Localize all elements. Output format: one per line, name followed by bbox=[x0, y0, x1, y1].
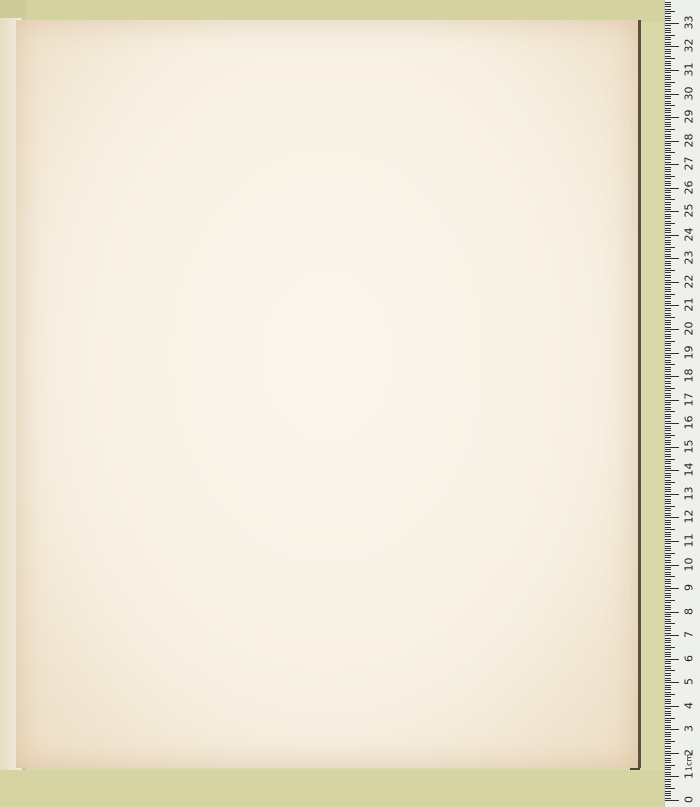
ruler-tick bbox=[665, 741, 675, 742]
ruler-tick bbox=[665, 51, 671, 52]
ruler-tick bbox=[665, 444, 671, 445]
ruler-tick bbox=[665, 393, 671, 394]
ruler-tick bbox=[665, 230, 671, 231]
ruler-tick bbox=[665, 767, 671, 768]
ruler-tick bbox=[665, 795, 671, 796]
ruler-tick bbox=[665, 46, 679, 47]
ruler-tick bbox=[665, 117, 679, 118]
ruler-tick bbox=[665, 237, 671, 238]
ruler-tick bbox=[665, 138, 671, 139]
ruler-tick bbox=[665, 508, 671, 509]
ruler-tick bbox=[665, 228, 671, 229]
ruler-tick bbox=[665, 367, 671, 368]
ruler-tick bbox=[665, 338, 671, 339]
ruler-tick bbox=[665, 788, 675, 789]
ruler-tick bbox=[665, 25, 671, 26]
ruler-label: 12 bbox=[683, 507, 696, 527]
ruler-tick bbox=[665, 496, 671, 497]
ruler-tick bbox=[665, 447, 679, 448]
ruler-tick bbox=[665, 287, 671, 288]
ruler-tick bbox=[665, 327, 671, 328]
ruler-label: 19 bbox=[683, 342, 696, 362]
ruler-tick bbox=[665, 748, 671, 749]
ruler-tick bbox=[665, 501, 671, 502]
ruler-tick bbox=[665, 214, 671, 215]
ruler-tick bbox=[665, 284, 671, 285]
ruler-tick bbox=[665, 614, 671, 615]
ruler-tick bbox=[665, 334, 671, 335]
ruler-tick bbox=[665, 579, 671, 580]
ruler-tick bbox=[665, 145, 671, 146]
ruler-label: 15 bbox=[683, 436, 696, 456]
ruler-tick bbox=[665, 44, 671, 45]
ruler-tick bbox=[665, 689, 671, 690]
ruler-tick bbox=[665, 251, 671, 252]
ruler-tick bbox=[665, 774, 671, 775]
ruler-tick bbox=[665, 685, 671, 686]
ruler-tick bbox=[665, 369, 671, 370]
ruler-tick bbox=[665, 190, 671, 191]
ruler-tick bbox=[665, 616, 671, 617]
ruler-tick bbox=[665, 360, 671, 361]
ruler-tick bbox=[665, 477, 671, 478]
ruler-tick bbox=[665, 159, 671, 160]
ruler-tick bbox=[665, 772, 671, 773]
ruler-tick bbox=[665, 242, 671, 243]
ruler-tick bbox=[665, 89, 671, 90]
ruler-tick bbox=[665, 23, 679, 24]
ruler-tick bbox=[665, 534, 671, 535]
ruler-tick bbox=[665, 786, 671, 787]
ruler-tick bbox=[665, 652, 671, 653]
ruler-tick bbox=[665, 746, 671, 747]
ruler-tick bbox=[665, 298, 671, 299]
ruler-tick bbox=[665, 211, 679, 212]
centimeter-ruler: 0123456789101112131415161718192021222324… bbox=[664, 0, 700, 807]
ruler-tick bbox=[665, 423, 679, 424]
ruler-tick bbox=[665, 623, 675, 624]
ruler-tick bbox=[665, 395, 671, 396]
ruler-tick bbox=[665, 91, 671, 92]
ruler-tick bbox=[665, 491, 671, 492]
ruler-tick bbox=[665, 562, 671, 563]
ruler-tick bbox=[665, 635, 679, 636]
ruler-tick bbox=[665, 433, 671, 434]
ruler-tick bbox=[665, 82, 675, 83]
ruler-tick bbox=[665, 404, 671, 405]
ruler-tick bbox=[665, 466, 671, 467]
ruler-tick bbox=[665, 572, 671, 573]
ruler-tick bbox=[665, 407, 671, 408]
ruler-tick bbox=[665, 725, 671, 726]
ruler-tick bbox=[665, 557, 671, 558]
ruler-tick bbox=[665, 225, 671, 226]
ruler-tick bbox=[665, 72, 671, 73]
ruler-tick bbox=[665, 291, 671, 292]
ruler-tick bbox=[665, 565, 679, 566]
ruler-tick bbox=[665, 536, 671, 537]
ruler-tick bbox=[665, 670, 675, 671]
ruler-tick bbox=[665, 553, 675, 554]
ruler-tick bbox=[665, 605, 671, 606]
ruler-tick bbox=[665, 199, 675, 200]
ruler-tick bbox=[665, 718, 675, 719]
ruler-tick bbox=[665, 272, 671, 273]
ruler-tick bbox=[665, 329, 679, 330]
ruler-tick bbox=[665, 776, 679, 777]
ruler-tick bbox=[665, 694, 675, 695]
ruler-tick bbox=[665, 484, 671, 485]
ruler-tick bbox=[665, 164, 679, 165]
ruler-tick bbox=[665, 336, 671, 337]
ruler-tick bbox=[665, 79, 671, 80]
ruler-label: 21 bbox=[683, 295, 696, 315]
ruler-tick bbox=[665, 739, 671, 740]
ruler-tick bbox=[665, 732, 671, 733]
ruler-tick bbox=[665, 482, 675, 483]
ruler-tick bbox=[665, 602, 671, 603]
ruler-label: 14 bbox=[683, 460, 696, 480]
ruler-tick bbox=[665, 489, 671, 490]
ruler-tick bbox=[665, 258, 679, 259]
ruler-tick bbox=[665, 152, 675, 153]
ruler-tick bbox=[665, 609, 671, 610]
ruler-tick bbox=[665, 301, 671, 302]
ruler-tick bbox=[665, 364, 675, 365]
ruler-label: 16 bbox=[683, 413, 696, 433]
ruler-tick bbox=[665, 112, 671, 113]
ruler-tick bbox=[665, 456, 671, 457]
ruler-tick bbox=[665, 659, 679, 660]
ruler-tick bbox=[665, 98, 671, 99]
ruler-tick bbox=[665, 386, 671, 387]
ruler-tick bbox=[665, 249, 671, 250]
ruler-tick bbox=[665, 169, 671, 170]
ruler-tick bbox=[665, 765, 675, 766]
ruler-tick bbox=[665, 96, 671, 97]
ruler-tick bbox=[665, 131, 671, 132]
ruler-tick bbox=[665, 663, 671, 664]
ruler-tick bbox=[665, 322, 671, 323]
ruler-tick bbox=[665, 628, 671, 629]
blank-page bbox=[16, 20, 641, 768]
ruler-label: 0 bbox=[683, 790, 696, 807]
ruler-tick bbox=[665, 289, 671, 290]
ruler-tick bbox=[665, 70, 679, 71]
ruler-tick bbox=[665, 84, 671, 85]
scanner-top-strip bbox=[0, 0, 700, 22]
ruler-tick bbox=[665, 633, 671, 634]
ruler-tick bbox=[665, 68, 671, 69]
ruler-tick bbox=[665, 729, 679, 730]
ruler-tick bbox=[665, 517, 679, 518]
ruler-tick bbox=[665, 167, 671, 168]
ruler-tick bbox=[665, 503, 671, 504]
ruler-tick bbox=[665, 235, 679, 236]
ruler-tick bbox=[665, 136, 671, 137]
ruler-tick bbox=[665, 682, 679, 683]
ruler-tick bbox=[665, 595, 671, 596]
ruler-tick bbox=[665, 454, 671, 455]
ruler-tick bbox=[665, 736, 671, 737]
ruler-tick bbox=[665, 586, 671, 587]
ruler-tick bbox=[665, 221, 671, 222]
ruler-tick bbox=[665, 381, 671, 382]
ruler-tick bbox=[665, 188, 679, 189]
ruler-tick bbox=[665, 473, 671, 474]
ruler-tick bbox=[665, 522, 671, 523]
ruler-tick bbox=[665, 513, 671, 514]
ruler-label: 29 bbox=[683, 107, 696, 127]
ruler-tick bbox=[665, 331, 671, 332]
ruler-label: 8 bbox=[683, 601, 696, 621]
ruler-tick bbox=[665, 110, 671, 111]
ruler-tick bbox=[665, 192, 671, 193]
ruler-tick bbox=[665, 280, 671, 281]
ruler-label: 27 bbox=[683, 154, 696, 174]
ruler-tick bbox=[665, 656, 671, 657]
ruler-tick bbox=[665, 459, 675, 460]
ruler-tick bbox=[665, 588, 679, 589]
ruler-tick bbox=[665, 129, 675, 130]
ruler-tick bbox=[665, 567, 671, 568]
ruler-tick bbox=[665, 437, 671, 438]
ruler-tick bbox=[665, 195, 671, 196]
ruler-tick bbox=[665, 590, 671, 591]
ruler-label: 23 bbox=[683, 248, 696, 268]
ruler-tick bbox=[665, 204, 671, 205]
ruler-tick bbox=[665, 185, 671, 186]
ruler-tick bbox=[665, 155, 671, 156]
ruler-label: 6 bbox=[683, 648, 696, 668]
ruler-label: 28 bbox=[683, 130, 696, 150]
ruler-tick bbox=[665, 143, 671, 144]
ruler-tick bbox=[665, 178, 671, 179]
ruler-tick bbox=[665, 755, 671, 756]
ruler-tick bbox=[665, 232, 671, 233]
ruler-label: 11 bbox=[683, 530, 696, 550]
ruler-tick bbox=[665, 506, 675, 507]
ruler-tick bbox=[665, 124, 671, 125]
ruler-tick bbox=[665, 699, 671, 700]
ruler-tick bbox=[665, 39, 671, 40]
ruler-tick bbox=[665, 162, 671, 163]
ruler-tick bbox=[665, 499, 671, 500]
ruler-tick bbox=[665, 621, 671, 622]
ruler-tick bbox=[665, 440, 671, 441]
ruler-tick bbox=[665, 268, 671, 269]
ruler-tick bbox=[665, 134, 671, 135]
ruler-tick bbox=[665, 416, 671, 417]
ruler-tick bbox=[665, 734, 671, 735]
ruler-tick bbox=[665, 470, 679, 471]
ruler-tick bbox=[665, 35, 675, 36]
ruler-tick bbox=[665, 800, 679, 801]
ruler-tick bbox=[665, 762, 671, 763]
ruler-tick bbox=[665, 541, 679, 542]
ruler-tick bbox=[665, 442, 671, 443]
ruler-tick bbox=[665, 317, 675, 318]
ruler-tick bbox=[665, 150, 671, 151]
ruler-tick bbox=[665, 421, 671, 422]
ruler-tick bbox=[665, 277, 671, 278]
ruler-tick bbox=[665, 63, 671, 64]
ruler-tick bbox=[665, 727, 671, 728]
ruler-tick bbox=[665, 529, 675, 530]
ruler-tick bbox=[665, 722, 671, 723]
ruler-tick bbox=[665, 4, 671, 5]
ruler-tick bbox=[665, 720, 671, 721]
ruler-tick bbox=[665, 539, 671, 540]
ruler-tick bbox=[665, 362, 671, 363]
ruler-tick bbox=[665, 324, 671, 325]
ruler-tick bbox=[665, 388, 675, 389]
ruler-tick bbox=[665, 20, 671, 21]
ruler-tick bbox=[665, 607, 671, 608]
ruler-label: 9 bbox=[683, 578, 696, 598]
ruler-tick bbox=[665, 75, 671, 76]
ruler-tick bbox=[665, 475, 671, 476]
ruler-tick bbox=[665, 715, 671, 716]
ruler-tick bbox=[665, 414, 671, 415]
ruler-tick bbox=[665, 343, 671, 344]
ruler-tick bbox=[665, 263, 671, 264]
ruler-tick bbox=[665, 240, 671, 241]
ruler-tick bbox=[665, 654, 671, 655]
ruler-tick bbox=[665, 294, 675, 295]
ruler-tick bbox=[665, 270, 675, 271]
ruler-tick bbox=[665, 56, 671, 57]
ruler-tick bbox=[665, 254, 671, 255]
ruler-tick bbox=[665, 282, 679, 283]
ruler-label: 4 bbox=[683, 695, 696, 715]
ruler-tick bbox=[665, 42, 671, 43]
ruler-tick bbox=[665, 701, 671, 702]
ruler-tick bbox=[665, 348, 671, 349]
ruler-tick bbox=[665, 649, 671, 650]
ruler-tick bbox=[665, 779, 671, 780]
ruler-tick bbox=[665, 409, 671, 410]
ruler-tick bbox=[665, 176, 675, 177]
ruler-tick bbox=[665, 247, 675, 248]
ruler-tick bbox=[665, 374, 671, 375]
ruler-tick bbox=[665, 183, 671, 184]
ruler-tick bbox=[665, 244, 671, 245]
ruler-tick bbox=[665, 275, 671, 276]
ruler-tick bbox=[665, 181, 671, 182]
ruler-label: 13 bbox=[683, 483, 696, 503]
ruler-tick bbox=[665, 468, 671, 469]
ruler-tick bbox=[665, 638, 671, 639]
ruler-tick bbox=[665, 9, 671, 10]
ruler-tick bbox=[665, 687, 671, 688]
ruler-tick bbox=[665, 597, 671, 598]
ruler-tick bbox=[665, 13, 671, 14]
ruler-tick bbox=[665, 6, 671, 7]
ruler-tick bbox=[665, 383, 671, 384]
ruler-tick bbox=[665, 560, 671, 561]
ruler-tick bbox=[665, 668, 671, 669]
ruler-tick bbox=[665, 543, 671, 544]
ruler-tick bbox=[665, 357, 671, 358]
ruler-tick bbox=[665, 583, 671, 584]
ruler-tick bbox=[665, 548, 671, 549]
ruler-tick bbox=[665, 345, 671, 346]
ruler-tick bbox=[665, 675, 671, 676]
ruler-tick bbox=[665, 647, 675, 648]
ruler-tick bbox=[665, 94, 679, 95]
ruler-tick bbox=[665, 524, 671, 525]
ruler-label: 30 bbox=[683, 83, 696, 103]
ruler-tick bbox=[665, 769, 671, 770]
ruler-tick bbox=[665, 449, 671, 450]
ruler-label: 5 bbox=[683, 672, 696, 692]
ruler-tick bbox=[665, 642, 671, 643]
ruler-tick bbox=[665, 645, 671, 646]
ruler-tick bbox=[665, 148, 671, 149]
ruler-tick bbox=[665, 426, 671, 427]
ruler-tick bbox=[665, 593, 671, 594]
ruler-tick bbox=[665, 706, 679, 707]
ruler-tick bbox=[665, 126, 671, 127]
ruler-tick bbox=[665, 711, 671, 712]
ruler-tick bbox=[665, 310, 671, 311]
ruler-tick bbox=[665, 265, 671, 266]
ruler-tick bbox=[665, 53, 671, 54]
ruler-tick bbox=[665, 320, 671, 321]
ruler-tick bbox=[665, 65, 671, 66]
scanner-bottom-strip bbox=[0, 770, 670, 807]
ruler-tick bbox=[665, 753, 679, 754]
ruler-tick bbox=[665, 303, 671, 304]
ruler-tick bbox=[665, 435, 675, 436]
ruler-tick bbox=[665, 430, 671, 431]
ruler-tick bbox=[665, 308, 671, 309]
ruler-tick bbox=[665, 600, 675, 601]
ruler-tick bbox=[665, 418, 671, 419]
ruler-tick bbox=[665, 751, 671, 752]
ruler-tick bbox=[665, 574, 671, 575]
ruler-label: 33 bbox=[683, 12, 696, 32]
ruler-tick bbox=[665, 305, 679, 306]
ruler-tick bbox=[665, 157, 671, 158]
ruler-tick bbox=[665, 619, 671, 620]
ruler-tick bbox=[665, 510, 671, 511]
ruler-tick bbox=[665, 141, 679, 142]
ruler-tick bbox=[665, 376, 679, 377]
ruler-tick bbox=[665, 207, 671, 208]
ruler-tick bbox=[665, 760, 671, 761]
ruler-tick bbox=[665, 49, 671, 50]
ruler-tick bbox=[665, 315, 671, 316]
ruler-tick bbox=[665, 666, 671, 667]
ruler-tick bbox=[665, 122, 671, 123]
ruler-label: 3 bbox=[683, 719, 696, 739]
ruler-tick bbox=[665, 119, 671, 120]
ruler-tick bbox=[665, 612, 679, 613]
ruler-tick bbox=[665, 353, 679, 354]
ruler-label: 26 bbox=[683, 177, 696, 197]
ruler-label: 7 bbox=[683, 625, 696, 645]
ruler-tick bbox=[665, 105, 675, 106]
ruler-label: 22 bbox=[683, 271, 696, 291]
ruler-tick bbox=[665, 77, 671, 78]
ruler-tick bbox=[665, 197, 671, 198]
ruler-tick bbox=[665, 115, 671, 116]
ruler-tick bbox=[665, 28, 671, 29]
ruler-tick bbox=[665, 341, 675, 342]
ruler-tick bbox=[665, 692, 671, 693]
